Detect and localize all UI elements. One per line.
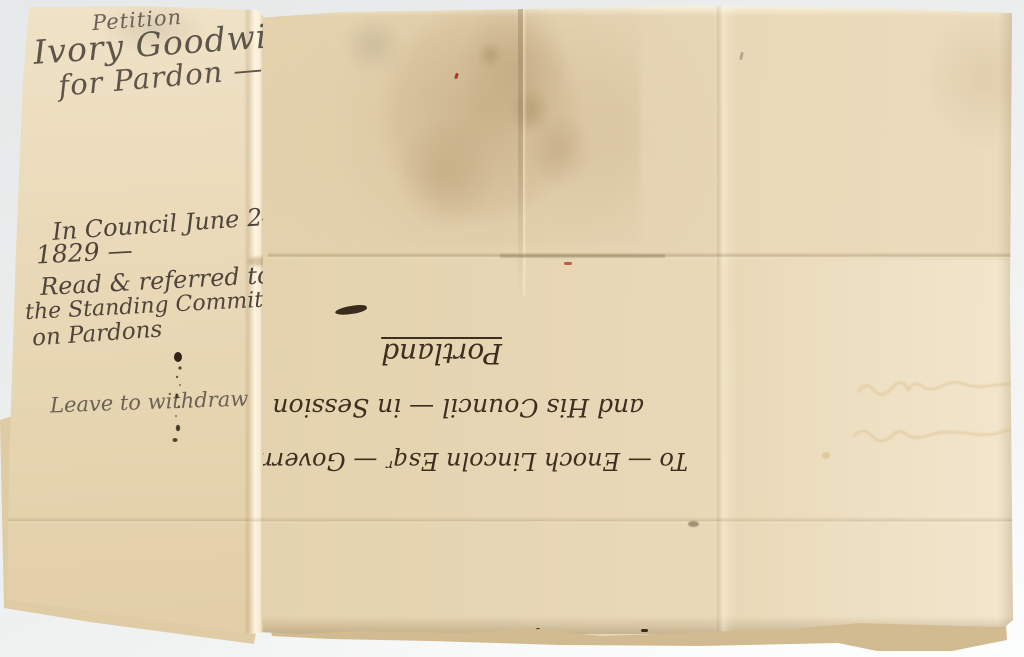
address-line-3: Portland — [290, 326, 692, 380]
address-line-1: To — Enoch Lincoln Esqʳ — Governor — [290, 434, 692, 488]
address-line-2: and His Council — in Session — [290, 380, 692, 434]
stain-dot — [822, 452, 830, 459]
scanned-document-page: To — Enoch Lincoln Esqʳ — Governor and H… — [0, 0, 1024, 657]
corner-stain — [900, 20, 1020, 150]
address-block: To — Enoch Lincoln Esqʳ — Governor and H… — [290, 296, 692, 488]
gray-speck-top — [739, 52, 744, 60]
dark-speck-bottom-1 — [641, 629, 648, 632]
ink-bleed-through-line-2 — [852, 418, 1017, 450]
fold-crease-horizontal-lower — [262, 517, 1014, 523]
ink-spatter-trail — [168, 352, 190, 452]
gray-smudge — [342, 16, 404, 74]
docket-disposition: Leave to withdraw — [50, 387, 249, 418]
docket-council-date-line2: 1829 — — [35, 235, 133, 269]
paper-shading-bottom-right — [740, 260, 1020, 640]
fold-crease-horizontal-lower-left — [6, 517, 264, 523]
fold-crease-dark-segment — [500, 254, 665, 258]
red-ink-speck-crease — [564, 262, 572, 265]
dark-smudge-crease — [688, 521, 699, 527]
fold-crease-vertical-right — [717, 6, 737, 632]
ink-bleed-through-line-1 — [856, 372, 1016, 404]
